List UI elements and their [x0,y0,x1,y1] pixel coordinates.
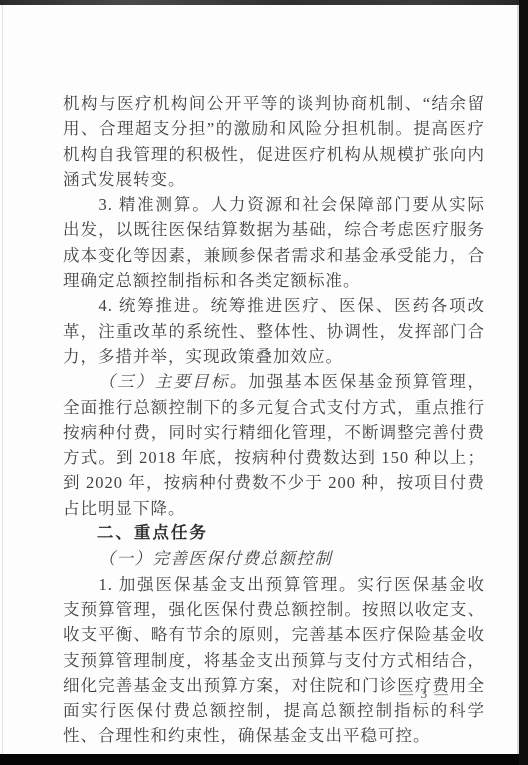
paragraph: 3. 精准测算。人力资源和社会保障部门要从实际出发，以既往医保结算数据为基础，综… [63,192,485,293]
text-run: 1. 加强医保基金支出预算管理。实行医保基金收支预算管理，强化医保付费总额控制。… [63,575,485,746]
paragraph: 4. 统筹推进。统筹推进医疗、医保、医药各项改革，注重改革的系统性、整体性、协调… [63,293,485,369]
scan-border-top [0,0,528,5]
text-run: 机构与医疗机构间公开平等的谈判协商机制、“结余留用、合理超支分担”的激励和风险分… [63,94,485,189]
kaiti-text-run: （三）主要目标。 [98,372,248,391]
text-run: 加强基本医保基金预算管理，全面推行总额控制下的多元复合式支付方式，重点推行按病种… [63,372,485,517]
paragraph: 机构与医疗机构间公开平等的谈判协商机制、“结余留用、合理超支分担”的激励和风险分… [63,91,485,192]
text-run: 3. 精准测算。人力资源和社会保障部门要从实际出发，以既往医保结算数据为基础，综… [63,195,485,290]
scan-border-right [519,0,528,765]
scanned-document-screenshot: { "document": { "page_number": "— 3 —", … [0,0,528,765]
subsection-heading: （一）完善医保付费总额控制 [63,546,485,571]
paragraph: （三）主要目标。加强基本医保基金预算管理，全面推行总额控制下的多元复合式支付方式… [63,369,485,521]
scan-border-bottom [0,754,528,765]
document-page: 机构与医疗机构间公开平等的谈判协商机制、“结余留用、合理超支分担”的激励和风险分… [0,0,528,765]
paragraph: 1. 加强医保基金支出预算管理。实行医保基金收支预算管理，强化医保付费总额控制。… [63,572,485,749]
section-heading: 二、重点任务 [63,521,485,546]
page-number: — 3 — [360,686,450,702]
text-run: 4. 统筹推进。统筹推进医疗、医保、医药各项改革，注重改革的系统性、整体性、协调… [63,296,485,366]
scan-border-left [2,5,3,754]
document-body: 机构与医疗机构间公开平等的谈判协商机制、“结余留用、合理超支分担”的激励和风险分… [63,91,485,749]
